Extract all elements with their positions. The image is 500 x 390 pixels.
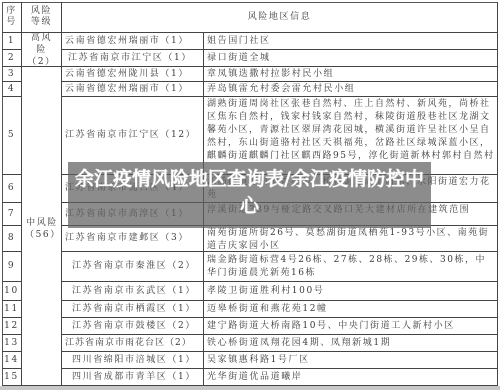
row-region: 云南省德宏州瑞丽市（1） [62,82,204,97]
row-no: 10 [2,282,22,301]
group-medium-risk-label: 中风险（56） [22,217,62,241]
row-detail: 瑞金路街道标营4号26栋、27栋、28栋、29栋、30栋，中华门街道晨光新苑16… [204,252,498,282]
row-detail: 姐告国门社区 [204,33,498,50]
group-medium-risk: 中风险（56） [22,67,62,386]
group-high-risk: 高风险（2） [22,33,62,67]
row-region: 江苏省南京市玄武区（1） [62,282,204,301]
header-risk-level: 风险等级 [22,2,62,33]
row-detail: 建宁路街道大桥南路10号、中央门街道工人新村小区 [204,318,498,335]
row-no: 8 [2,226,22,252]
header-area-info: 风险地区信息 [62,2,498,33]
row-detail: 孝陵卫街道胜利村100号 [204,282,498,301]
row-no: 13 [2,335,22,352]
row-no: 14 [2,352,22,369]
title-overlay-text: 余江疫情风险地区查询表/余江疫情防控中心 [68,166,431,220]
row-detail: 铁心桥街道凤翔花园4期、凤翔新城1期 [204,335,498,352]
row-no: 1 [2,33,22,50]
row-region: 云南省德宏州陇川县（1） [62,67,204,82]
row-detail: 弄岛镇雷允村委会雷允村民小组 [204,82,498,97]
row-no: 4 [2,82,22,97]
row-detail: 章凤镇迭撒村拉影村民小组 [204,67,498,82]
row-region: 江苏省南京市栖霞区（1） [62,301,204,318]
row-region: 江苏省南京市秦淮区（2） [62,252,204,282]
row-no: 6 [2,175,22,203]
row-no: 5 [2,97,22,175]
row-region: 江苏省南京市建邺区（3） [62,226,204,252]
row-detail: 光华街道优品道曦岸 [204,369,498,386]
row-region: 江苏省南京市江宁区（1） [62,50,204,67]
row-no: 12 [2,318,22,335]
header-seq: 序号 [2,2,22,33]
row-detail: 禄口街道全城 [204,50,498,67]
row-detail: 迈皋桥街道和燕花苑12幢 [204,301,498,318]
row-region: 四川省绵阳市涪城区（1） [62,352,204,369]
row-no: 15 [2,369,22,386]
row-no: 7 [2,203,22,226]
row-no: 3 [2,67,22,82]
row-no: 2 [2,50,22,67]
row-detail: 南苑街道所街26号、莫愁湖街道凤栖苑1-93号小区、南苑街道吉庆家园小区 [204,226,498,252]
row-no: 11 [2,301,22,318]
row-no: 9 [2,252,22,282]
bottom-shadow [0,386,500,390]
row-region: 江苏省南京市雨花台区（2） [62,335,204,352]
row-detail: 吴家镇惠科路1号厂区 [204,352,498,369]
row-region: 四川省成都市青羊区（1） [62,369,204,386]
row-region: 云南省德宏州瑞丽市（1） [62,33,204,50]
row-region: 江苏省南京市鼓楼区（2） [62,318,204,335]
